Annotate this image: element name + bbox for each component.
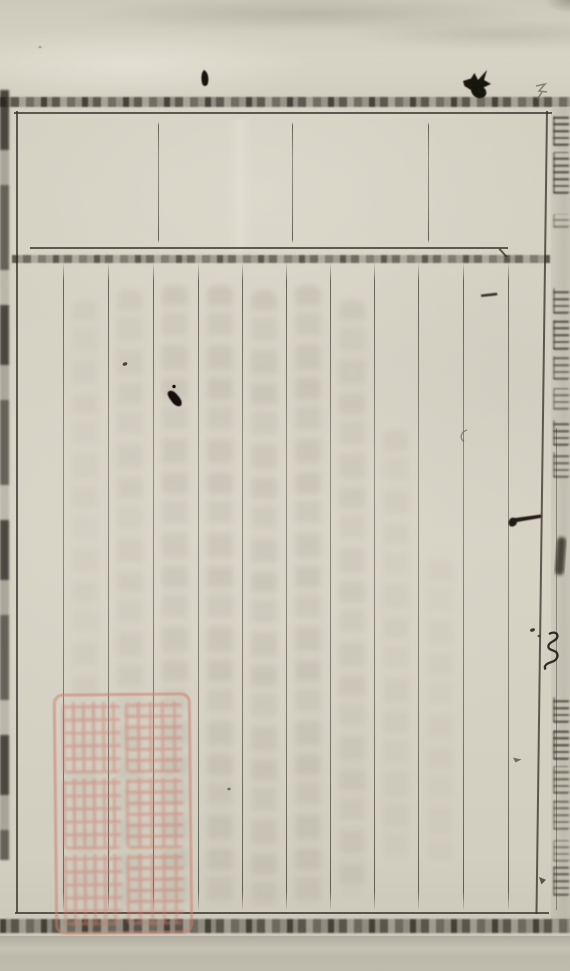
ink-marks-layer (0, 0, 570, 971)
ink-speck-b (227, 788, 230, 791)
ink-squiggle-speck-2 (538, 635, 541, 637)
ink-blot-splat-top-right (463, 70, 491, 98)
ink-speck-a (122, 362, 128, 367)
gray-c-mark (461, 430, 467, 442)
ink-stroke-right (509, 515, 542, 527)
ink-blot-comma-top (201, 70, 208, 86)
ink-dash (481, 293, 497, 297)
ink-speck-top-margin (38, 46, 41, 49)
ink-tick-bottom-right (539, 877, 546, 885)
ink-tick-col12 (513, 758, 522, 763)
scanned-book-page (0, 0, 570, 971)
ink-squiggle-speck-1 (530, 628, 536, 633)
gray-scribble-top-right-corner (536, 84, 547, 99)
ink-blot-tadpole (168, 391, 182, 407)
ink-squiggle-right (545, 633, 558, 670)
ink-blot-tadpole-dot (172, 385, 175, 388)
